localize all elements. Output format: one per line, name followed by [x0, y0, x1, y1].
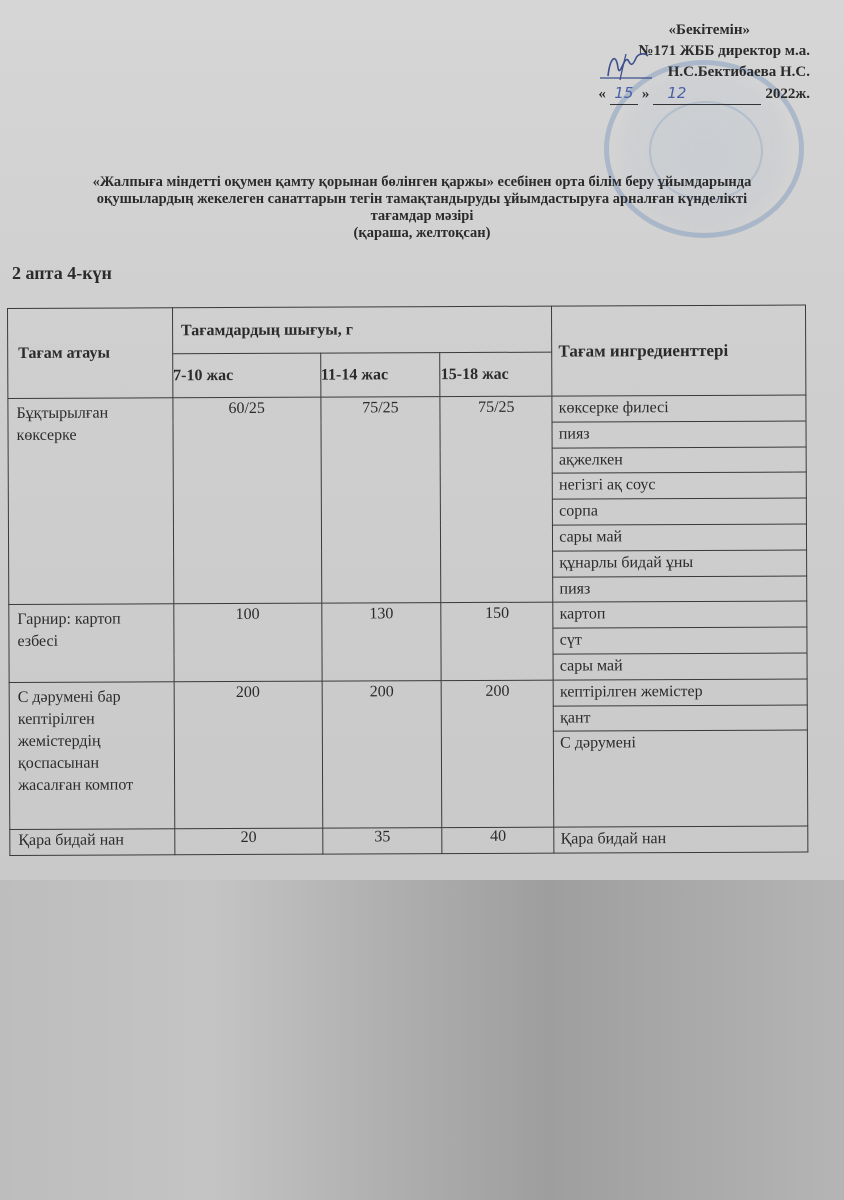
dish-name: С дәрумені бар кептірілген жемістердің қ…: [9, 682, 175, 830]
table-row: Бұқтырылған көксерке 60/25 75/25 75/25 к…: [8, 395, 806, 424]
paper-lower-area: [0, 880, 844, 1200]
header-age-7-10: 7-10 жас: [173, 353, 321, 398]
quote-close: »: [642, 84, 650, 105]
yield-15-18: 75/25: [440, 396, 553, 603]
quote-open: «: [598, 84, 606, 105]
menu-table: Тағам атауы Тағамдардың шығуы, г Тағам и…: [7, 305, 808, 857]
week-day-label: 2 апта 4-күн: [12, 263, 112, 284]
dish-name: Қара бидай нан: [10, 829, 175, 856]
ingredient: сорпа: [553, 498, 807, 525]
ingredient: негізгі ақ соус: [552, 472, 806, 499]
ingredient: Қара бидай нан: [554, 826, 808, 853]
approval-date: «15» 12 2022ж.: [560, 83, 810, 105]
title-line-4: (қараша, желтоқсан): [0, 225, 844, 242]
date-day: 15: [610, 83, 638, 105]
approval-heading: «Бекітемін»: [560, 20, 810, 41]
ingredient: пияз: [553, 576, 807, 603]
header-ingredients: Тағам ингредиенттері: [552, 305, 806, 396]
yield-7-10: 20: [175, 828, 323, 854]
yield-11-14: 75/25: [321, 397, 442, 604]
yield-15-18: 200: [442, 680, 554, 828]
header-age-15-18: 15-18 жас: [440, 352, 552, 396]
yield-7-10: 60/25: [173, 397, 322, 604]
ingredient: кептірілген жемістер: [553, 679, 807, 706]
yield-11-14: 130: [321, 603, 441, 681]
ingredient: сары май: [553, 653, 807, 680]
ingredient: сары май: [553, 524, 807, 551]
yield-7-10: 100: [174, 604, 322, 682]
dish-name: Гарнир: картоп езбесі: [9, 604, 174, 682]
ingredient: құнарлы бидай ұны: [553, 550, 807, 577]
yield-7-10: 200: [174, 681, 322, 829]
title-line-3: тағамдар мәзірі: [0, 208, 844, 225]
table-row: Гарнир: картоп езбесі 100 130 150 картоп: [9, 601, 807, 630]
header-yield: Тағамдардың шығуы, г: [172, 306, 552, 354]
document-title: «Жалпыға міндетті оқумен қамту қорынан б…: [0, 174, 844, 242]
ingredient: көксерке филесі: [552, 395, 806, 422]
yield-15-18: 40: [442, 827, 554, 853]
yield-15-18: 150: [441, 602, 553, 680]
signature-icon: [596, 48, 656, 84]
table-row: Қара бидай нан 20 35 40 Қара бидай нан: [10, 826, 808, 855]
yield-11-14: 35: [322, 828, 442, 854]
dish-name: Бұқтырылған көксерке: [8, 398, 174, 605]
title-line-2: оқушылардың жекелеген санаттарын тегін т…: [0, 191, 844, 208]
ingredient: сүт: [553, 627, 807, 654]
ingredient: С дәрумені: [554, 730, 808, 827]
ingredient: пияз: [552, 421, 806, 448]
ingredient: ақжелкен: [552, 447, 806, 474]
date-month: 12: [653, 83, 761, 105]
ingredient: картоп: [553, 601, 807, 628]
ingredient: қант: [553, 705, 807, 732]
header-row: Тағам атауы Тағамдардың шығуы, г Тағам и…: [8, 305, 806, 354]
date-year: 2022ж.: [765, 84, 810, 105]
header-dish-name: Тағам атауы: [8, 308, 173, 399]
table-row: С дәрумені бар кептірілген жемістердің қ…: [9, 679, 807, 708]
header-age-11-14: 11-14 жас: [320, 353, 440, 398]
title-line-1: «Жалпыға міндетті оқумен қамту қорынан б…: [0, 174, 844, 191]
yield-11-14: 200: [322, 680, 442, 828]
